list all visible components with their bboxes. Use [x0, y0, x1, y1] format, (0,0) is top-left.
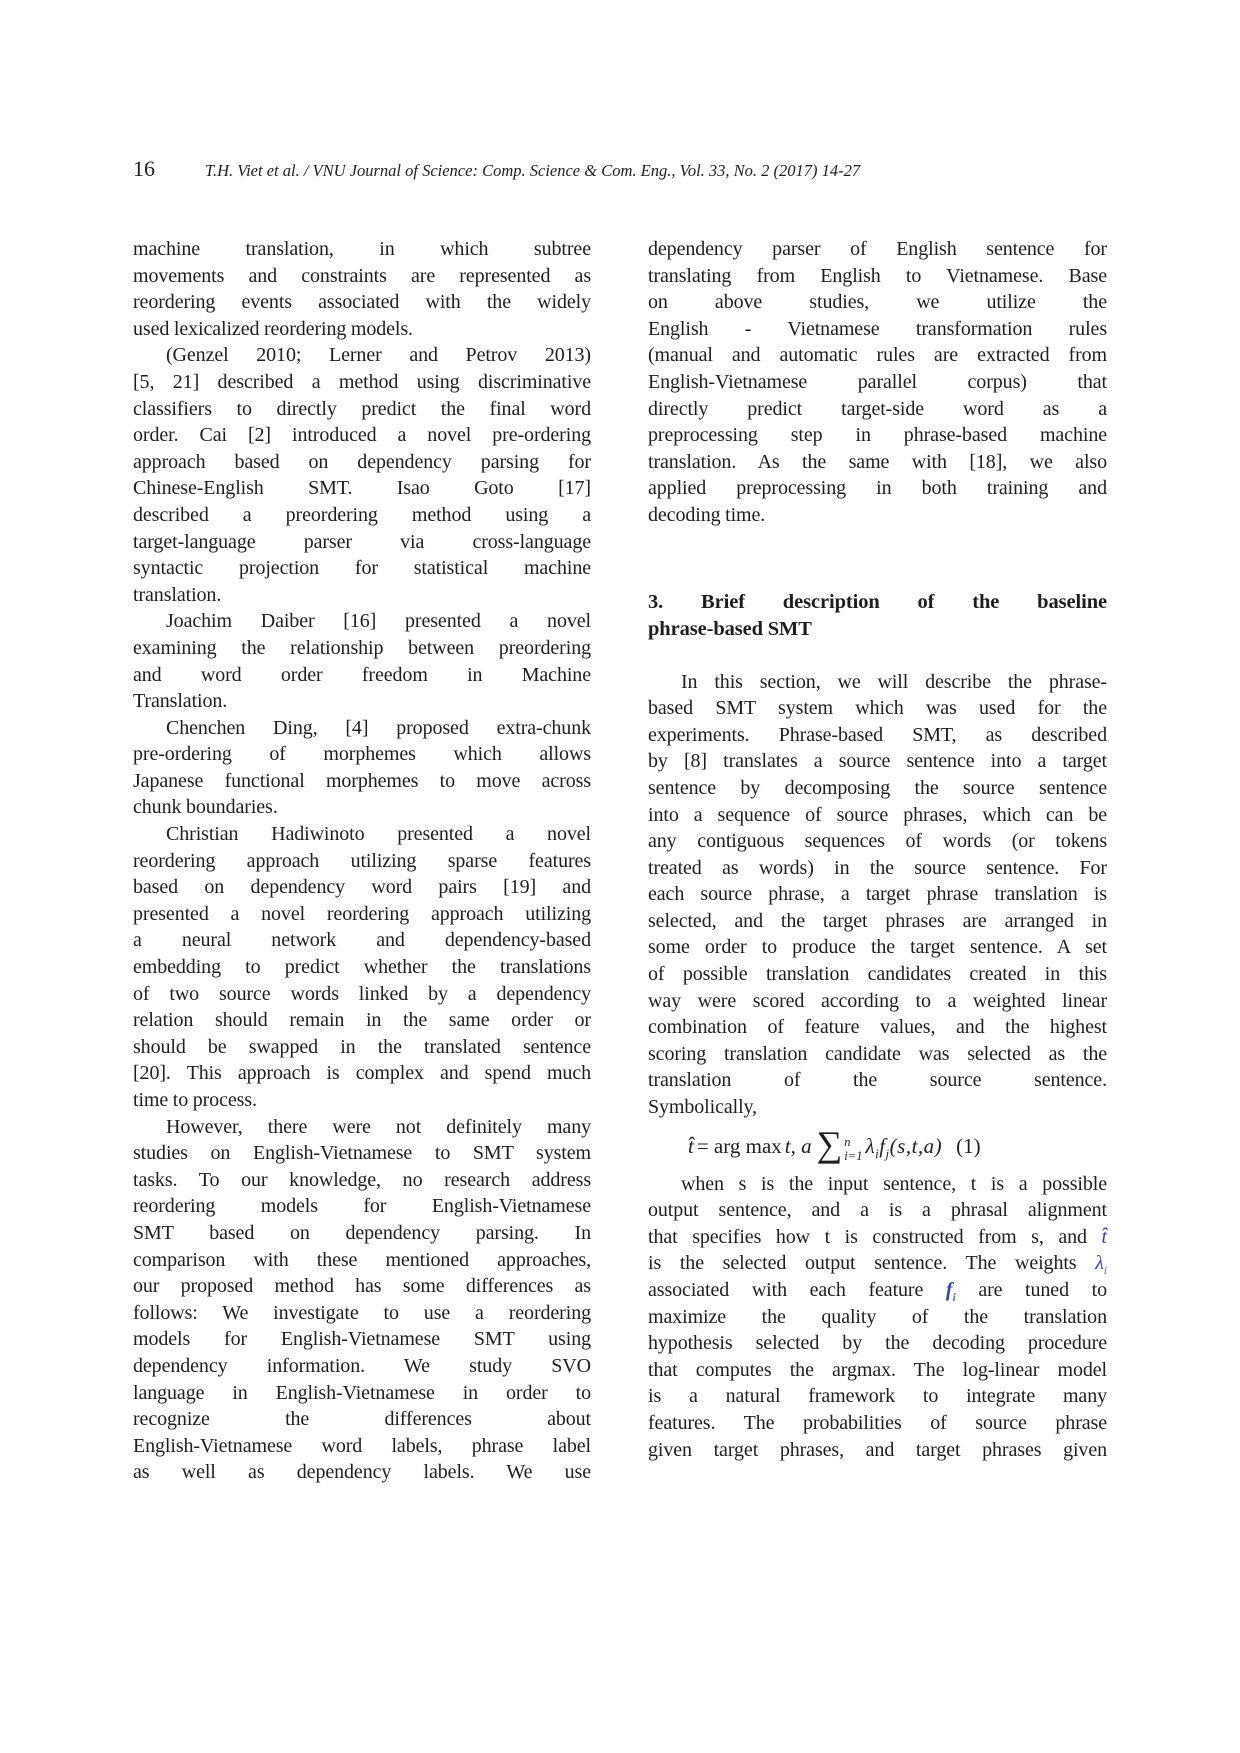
- text-line: phrase-based SMT: [648, 616, 1107, 643]
- text-line: directly predict target-side word as a: [648, 396, 1107, 423]
- text-line: embedding to predict whether the transla…: [133, 954, 591, 981]
- text-line: Joachim Daiber [16] presented a novel: [133, 608, 591, 635]
- text-line: Chenchen Ding, [4] proposed extra-chunk: [133, 715, 591, 742]
- text-line: English-Vietnamese parallel corpus) that: [648, 369, 1107, 396]
- text-line: into a sequence of source phrases, which…: [648, 802, 1107, 829]
- text-line: selected, and the target phrases are arr…: [648, 908, 1107, 935]
- text-line: output sentence, and a is a phrasal alig…: [648, 1197, 1107, 1224]
- sigma-upper-limit: n: [844, 1135, 850, 1149]
- inline-math-symbol: fi: [946, 1279, 956, 1301]
- text-line: that computes the argmax. The log-linear…: [648, 1357, 1107, 1384]
- text-line: that specifies how t is constructed from…: [648, 1224, 1107, 1251]
- text-line: SMT based on dependency parsing. In: [133, 1220, 591, 1247]
- text-line: (manual and automatic rules are extracte…: [648, 342, 1107, 369]
- text-line: examining the relationship between preor…: [133, 635, 591, 662]
- text-line: Chinese-English SMT. Isao Goto [17]: [133, 475, 591, 502]
- inline-math-symbol: t̂: [1102, 1226, 1107, 1248]
- text-line: treated as words) in the source sentence…: [648, 855, 1107, 882]
- text-line: associated with each feature fi are tune…: [648, 1277, 1107, 1304]
- text-line: way were scored according to a weighted …: [648, 988, 1107, 1015]
- text-line: is the selected output sentence. The wei…: [648, 1250, 1107, 1277]
- text-line: tasks. To our knowledge, no research add…: [133, 1167, 591, 1194]
- equation: t̂ = arg max t, a ∑ n i=1 λifj(s,t,a) (1…: [648, 1121, 1107, 1171]
- text-line: our proposed method has some differences…: [133, 1273, 591, 1300]
- text-line: 3. Brief description of the baseline: [648, 589, 1107, 616]
- text-line: recognize the differences about: [133, 1406, 591, 1433]
- sigma-lower-limit: i=1: [844, 1149, 862, 1163]
- text-line: some order to produce the target sentenc…: [648, 934, 1107, 961]
- text-line: reordering models for English-Vietnamese: [133, 1193, 591, 1220]
- document-page: 16 T.H. Viet et al. / VNU Journal of Sci…: [0, 0, 1240, 1753]
- text-line: used lexicalized reordering models.: [133, 316, 591, 343]
- text-line: translation.: [133, 582, 591, 609]
- equation-arguments: (s,t,a): [890, 1134, 943, 1158]
- sigma-limits: n i=1: [844, 1135, 862, 1163]
- left-column-text: machine translation, in which subtreemov…: [133, 236, 591, 1486]
- text-line: sentence by decomposing the source sente…: [648, 775, 1107, 802]
- text-line: when s is the input sentence, t is a pos…: [648, 1171, 1107, 1198]
- text-line: English-Vietnamese word labels, phrase l…: [133, 1433, 591, 1460]
- text-line: should be swapped in the translated sent…: [133, 1034, 591, 1061]
- text-line: classifiers to directly predict the fina…: [133, 396, 591, 423]
- section-heading: 3. Brief description of the baselinephra…: [648, 589, 1107, 643]
- text-line: comparison with these mentioned approach…: [133, 1247, 591, 1274]
- text-line: In this section, we will describe the ph…: [648, 669, 1107, 696]
- text-line: described a preordering method using a: [133, 502, 591, 529]
- text-line: reordering approach utilizing sparse fea…: [133, 848, 591, 875]
- text-line: maximize the quality of the translation: [648, 1304, 1107, 1331]
- text-line: order. Cai [2] introduced a novel pre-or…: [133, 422, 591, 449]
- sigma-symbol: ∑: [817, 1126, 843, 1162]
- text-line: target-language parser via cross-languag…: [133, 529, 591, 556]
- text-line: language in English-Vietnamese in order …: [133, 1380, 591, 1407]
- text-line: applied preprocessing in both training a…: [648, 475, 1107, 502]
- text-line: based on dependency word pairs [19] and: [133, 874, 591, 901]
- inline-math-symbol: λi: [1095, 1252, 1107, 1274]
- text-line: preprocessing step in phrase-based machi…: [648, 422, 1107, 449]
- text-line: translation. As the same with [18], we a…: [648, 449, 1107, 476]
- equation-vars: t, a: [785, 1121, 812, 1171]
- text-line: combination of feature values, and the h…: [648, 1014, 1107, 1041]
- text-line: by [8] translates a source sentence into…: [648, 748, 1107, 775]
- text-line: presented a novel reordering approach ut…: [133, 901, 591, 928]
- text-line: models for English-Vietnamese SMT using: [133, 1326, 591, 1353]
- text-line: as well as dependency labels. We use: [133, 1459, 591, 1486]
- text-line: studies on English-Vietnamese to SMT sys…: [133, 1140, 591, 1167]
- text-line: [5, 21] described a method using discrim…: [133, 369, 591, 396]
- text-line: movements and constraints are represente…: [133, 263, 591, 290]
- text-line: dependency parser of English sentence fo…: [648, 236, 1107, 263]
- text-line: English - Vietnamese transformation rule…: [648, 316, 1107, 343]
- text-line: scoring translation candidate was select…: [648, 1041, 1107, 1068]
- text-line: of two source words linked by a dependen…: [133, 981, 591, 1008]
- text-line: follows: We investigate to use a reorder…: [133, 1300, 591, 1327]
- text-line: Christian Hadiwinoto presented a novel: [133, 821, 591, 848]
- text-line: pre-ordering of morphemes which allows: [133, 741, 591, 768]
- page-number: 16: [133, 156, 155, 182]
- text-line: on above studies, we utilize the: [648, 289, 1107, 316]
- text-line: and word order freedom in Machine: [133, 662, 591, 689]
- text-line: based SMT system which was used for the: [648, 695, 1107, 722]
- text-line: experiments. Phrase-based SMT, as descri…: [648, 722, 1107, 749]
- intro-paragraph: dependency parser of English sentence fo…: [648, 236, 1107, 529]
- lambda-symbol: λ: [865, 1134, 875, 1158]
- text-line: chunk boundaries.: [133, 794, 591, 821]
- equation-argmax: = arg max: [697, 1121, 782, 1171]
- text-line: Translation.: [133, 688, 591, 715]
- text-line: features. The probabilities of source ph…: [648, 1410, 1107, 1437]
- text-line: a neural network and dependency-based: [133, 927, 591, 954]
- left-column: machine translation, in which subtreemov…: [133, 236, 591, 1486]
- equation-t-hat: t̂: [688, 1121, 694, 1171]
- text-line: decoding time.: [648, 502, 1107, 529]
- running-head: T.H. Viet et al. / VNU Journal of Scienc…: [205, 161, 860, 181]
- text-line: Japanese functional morphemes to move ac…: [133, 768, 591, 795]
- section-paragraph: In this section, we will describe the ph…: [648, 669, 1107, 1121]
- math-paragraph: when s is the input sentence, t is a pos…: [648, 1171, 1107, 1464]
- text-line: time to process.: [133, 1087, 591, 1114]
- text-line: of possible translation candidates creat…: [648, 961, 1107, 988]
- text-line: translation of the source sentence.: [648, 1067, 1107, 1094]
- equation-number: (1): [956, 1121, 981, 1171]
- text-line: machine translation, in which subtree: [133, 236, 591, 263]
- text-line: hypothesis selected by the decoding proc…: [648, 1330, 1107, 1357]
- text-line: Symbolically,: [648, 1094, 1107, 1121]
- text-line: is a natural framework to integrate many: [648, 1383, 1107, 1410]
- text-line: any contiguous sequences of words (or to…: [648, 828, 1107, 855]
- page-header: 16 T.H. Viet et al. / VNU Journal of Sci…: [133, 156, 1140, 182]
- text-line: (Genzel 2010; Lerner and Petrov 2013): [133, 342, 591, 369]
- text-line: [20]. This approach is complex and spend…: [133, 1060, 591, 1087]
- text-line: However, there were not definitely many: [133, 1114, 591, 1141]
- text-line: reordering events associated with the wi…: [133, 289, 591, 316]
- text-line: approach based on dependency parsing for: [133, 449, 591, 476]
- text-line: each source phrase, a target phrase tran…: [648, 881, 1107, 908]
- text-line: dependency information. We study SVO: [133, 1353, 591, 1380]
- text-line: given target phrases, and target phrases…: [648, 1437, 1107, 1464]
- text-line: translating from English to Vietnamese. …: [648, 263, 1107, 290]
- right-column: dependency parser of English sentence fo…: [648, 236, 1107, 1463]
- text-line: syntactic projection for statistical mac…: [133, 555, 591, 582]
- text-line: relation should remain in the same order…: [133, 1007, 591, 1034]
